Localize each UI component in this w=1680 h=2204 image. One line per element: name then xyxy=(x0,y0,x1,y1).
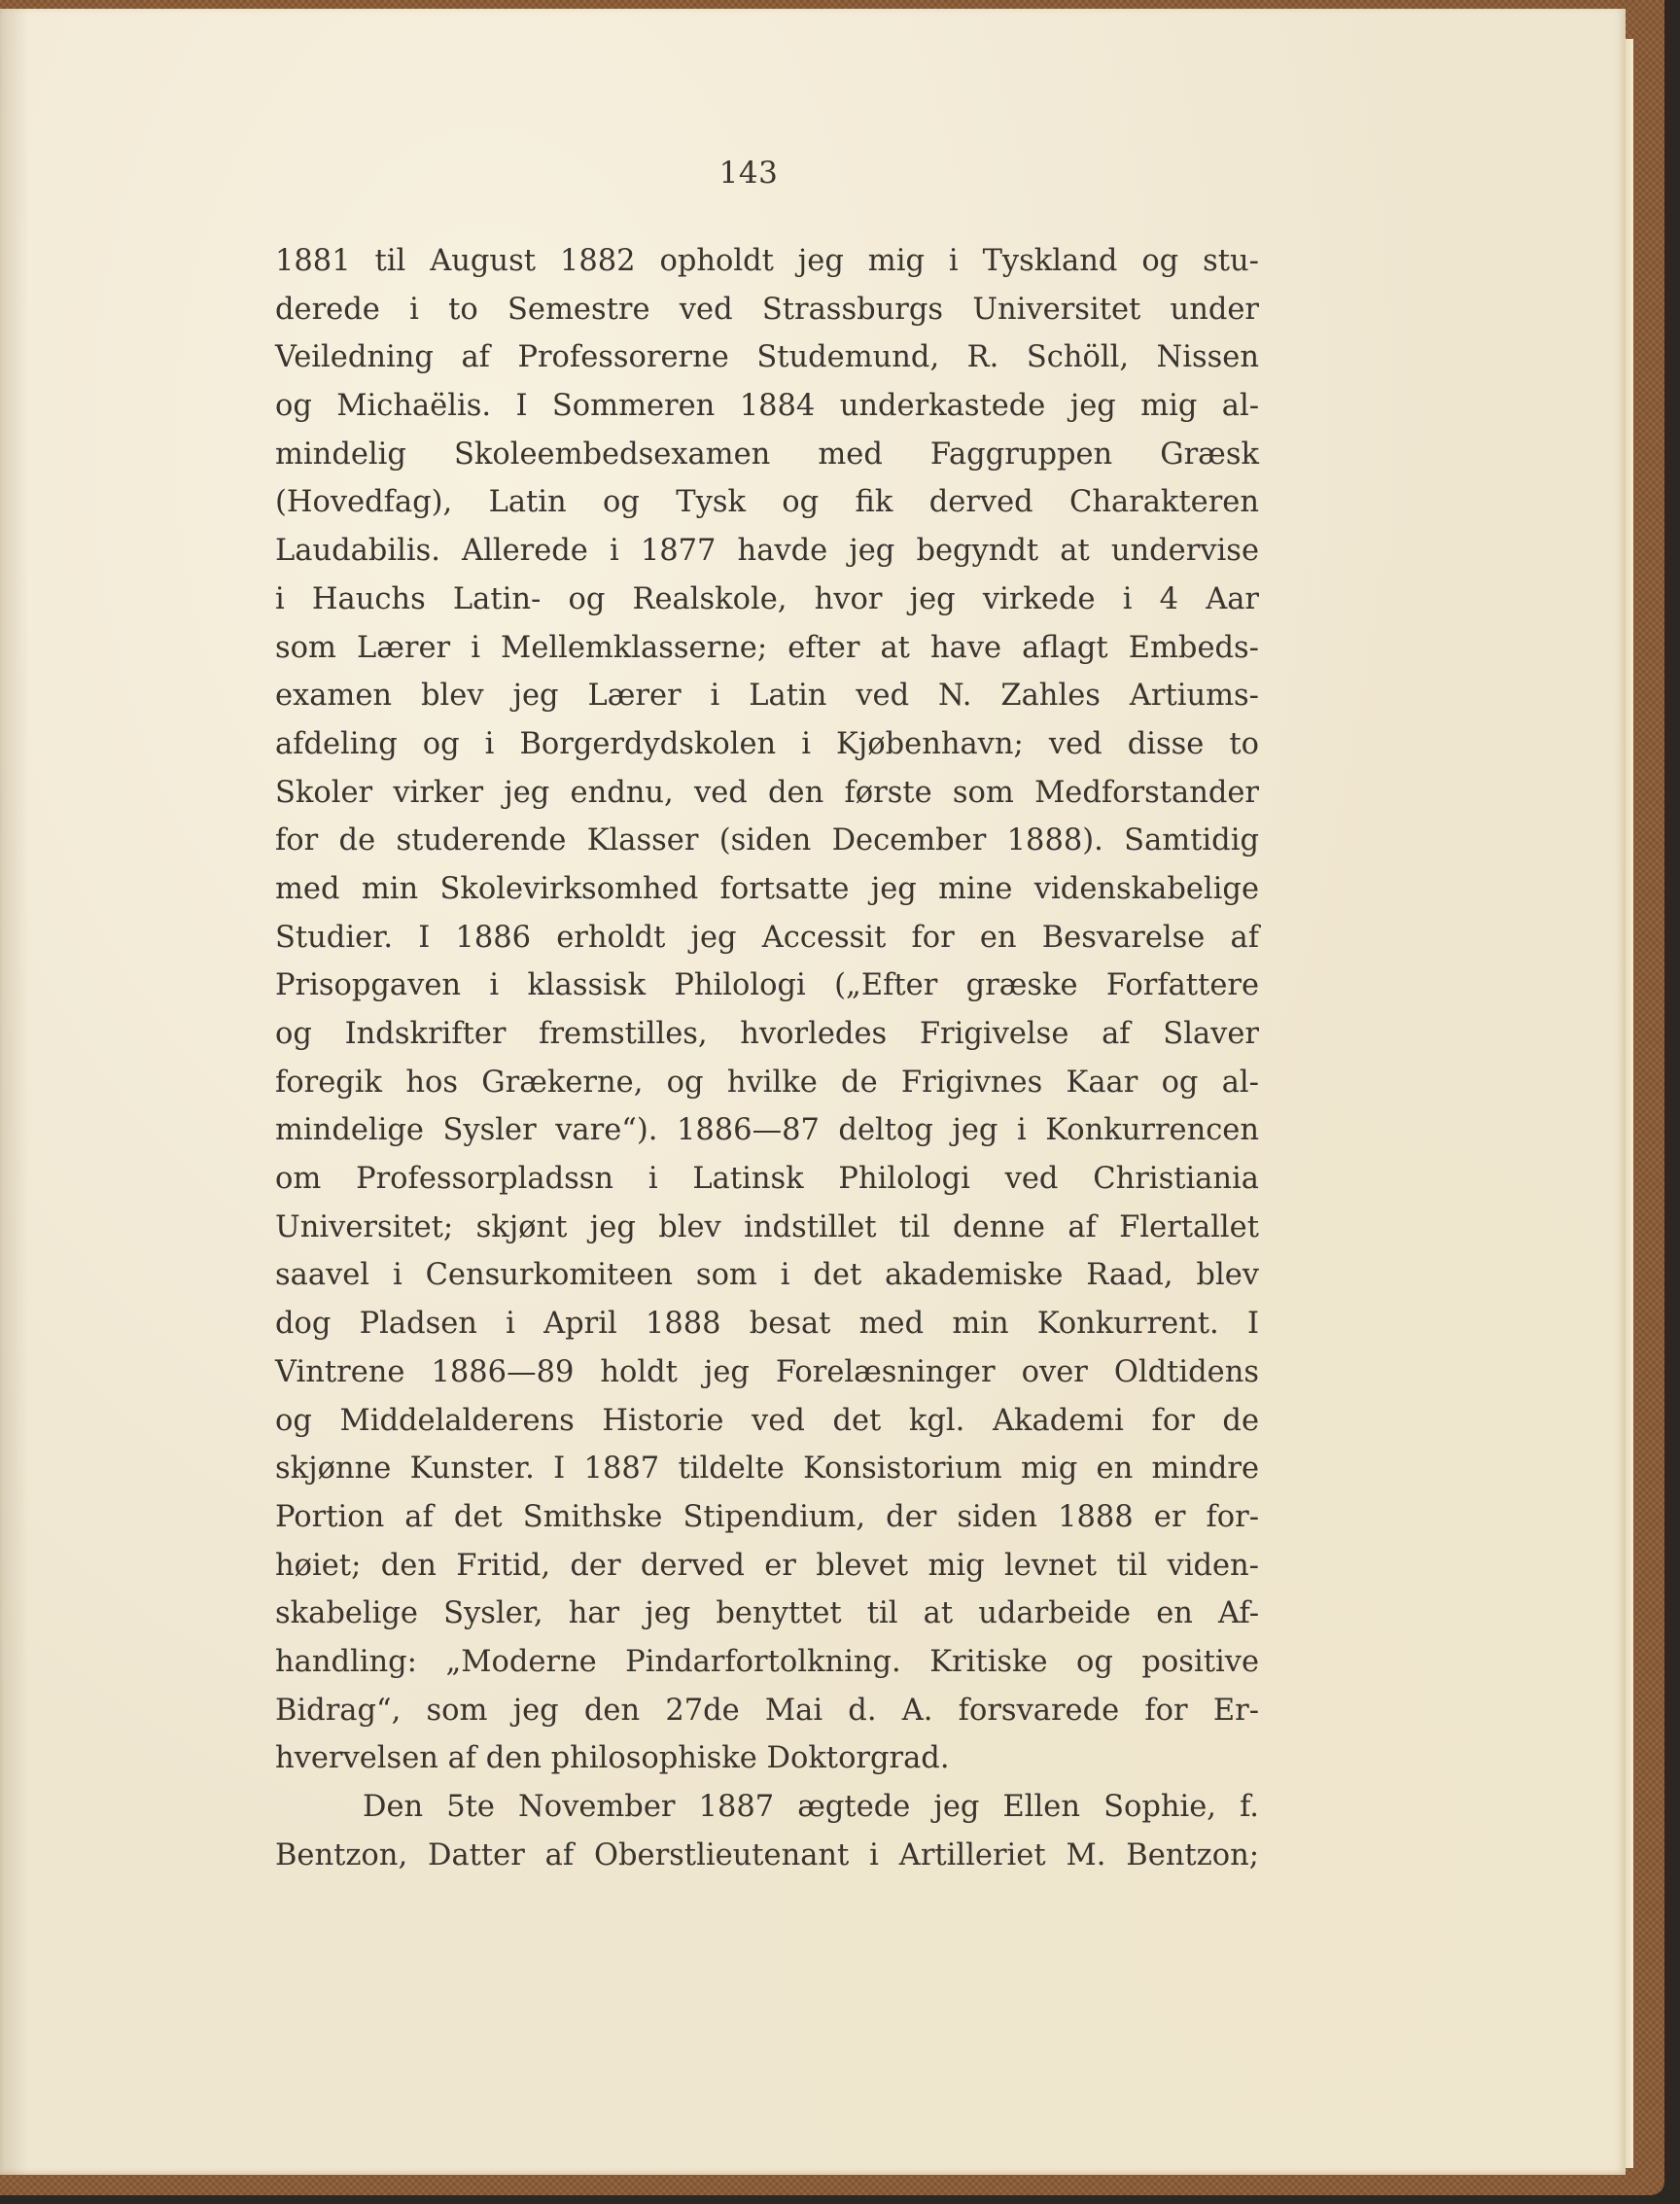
text-line: skabelige Sysler, har jeg benyttet til a… xyxy=(275,1590,1259,1638)
body-text: 1881 til August 1882 opholdt jeg mig i T… xyxy=(275,237,1259,1879)
text-line: Bidrag“, som jeg den 27de Mai d. A. fors… xyxy=(275,1687,1259,1735)
text-line: 1881 til August 1882 opholdt jeg mig i T… xyxy=(275,237,1259,286)
spine-shadow xyxy=(0,9,29,2175)
text-line: Portion af det Smithske Stipendium, der … xyxy=(275,1493,1259,1542)
text-line: om Professorpladssn i Latinsk Philologi … xyxy=(275,1155,1259,1204)
text-line: Laudabilis. Allerede i 1877 havde jeg be… xyxy=(275,527,1259,576)
text-line: og Middelalderens Historie ved det kgl. … xyxy=(275,1397,1259,1446)
text-line: dog Pladsen i April 1888 besat med min K… xyxy=(275,1300,1259,1348)
text-line: mindelige Sysler vare“). 1886—87 deltog … xyxy=(275,1106,1259,1155)
text-line: (Hovedfag), Latin og Tysk og fik derved … xyxy=(275,478,1259,527)
page-edge xyxy=(1626,39,1633,2168)
text-line: for de studerende Klasser (siden Decembe… xyxy=(275,817,1259,865)
text-line: foregik hos Grækerne, og hvilke de Frigi… xyxy=(275,1059,1259,1107)
text-line: i Hauchs Latin- og Realskole, hvor jeg v… xyxy=(275,576,1259,624)
text-line: skjønne Kunster. I 1887 tildelte Konsist… xyxy=(275,1445,1259,1493)
text-line: Studier. I 1886 erholdt jeg Accessit for… xyxy=(275,914,1259,962)
text-line: examen blev jeg Lærer i Latin ved N. Zah… xyxy=(275,672,1259,720)
text-line: med min Skolevirksomhed fortsatte jeg mi… xyxy=(275,865,1259,914)
text-line: og Michaëlis. I Sommeren 1884 underkaste… xyxy=(275,382,1259,431)
text-line: og Indskrifter fremstilles, hvorledes Fr… xyxy=(275,1010,1259,1059)
text-line: høiet; den Fritid, der derved er blevet … xyxy=(275,1542,1259,1591)
text-line: hvervelsen af den philosophiske Doktorgr… xyxy=(275,1734,1259,1783)
text-line: Den 5te November 1887 ægtede jeg Ellen S… xyxy=(275,1783,1259,1832)
paragraph-2: Den 5te November 1887 ægtede jeg Ellen S… xyxy=(275,1783,1259,1879)
page-number: 143 xyxy=(0,156,1497,191)
text-line: Veiledning af Professorerne Studemund, R… xyxy=(275,333,1259,382)
paragraph-1: 1881 til August 1882 opholdt jeg mig i T… xyxy=(275,237,1259,1783)
text-line: mindelig Skoleembedsexamen med Faggruppe… xyxy=(275,431,1259,479)
text-line: Prisopgaven i klassisk Philologi („Efter… xyxy=(275,962,1259,1010)
text-line: Skoler virker jeg endnu, ved den første … xyxy=(275,769,1259,818)
text-line: afdeling og i Borgerdydskolen i Kjøbenha… xyxy=(275,720,1259,769)
text-line: saavel i Censurkomiteen som i det akadem… xyxy=(275,1251,1259,1300)
text-line: Vintrene 1886—89 holdt jeg Forelæsninger… xyxy=(275,1348,1259,1397)
text-line: Bentzon, Datter af Oberstlieutenant i Ar… xyxy=(275,1832,1259,1880)
text-line: Universitet; skjønt jeg blev indstillet … xyxy=(275,1204,1259,1252)
text-line: som Lærer i Mellemklasserne; efter at ha… xyxy=(275,624,1259,673)
text-line: derede i to Semestre ved Strassburgs Uni… xyxy=(275,286,1259,334)
text-line: handling: „Moderne Pindarfortolkning. Kr… xyxy=(275,1638,1259,1687)
